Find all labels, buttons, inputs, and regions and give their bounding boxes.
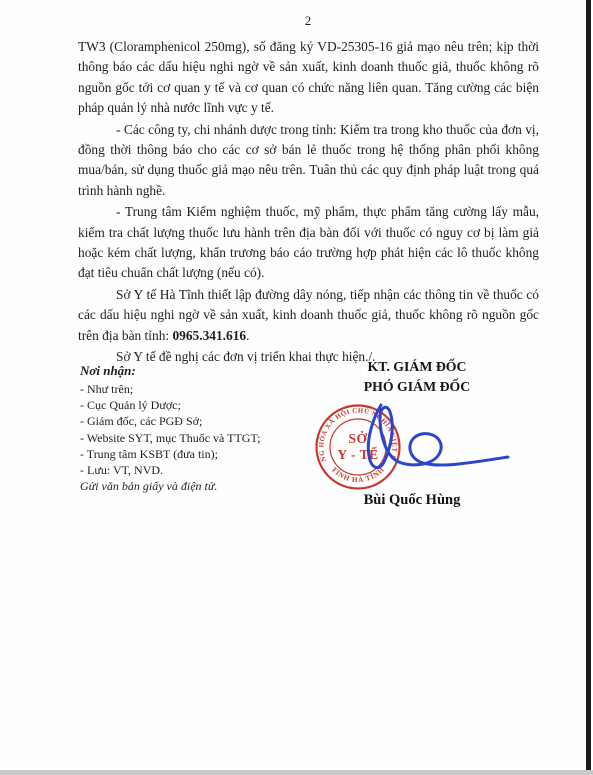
recipient-item: - Lưu: VT, NVD. [80, 462, 330, 478]
stamp-center-line2: Y - TẾ [337, 447, 378, 462]
paragraph: TW3 (Cloramphenicol 250mg), số đăng ký V… [78, 37, 539, 119]
paragraph: Sở Y tế Hà Tĩnh thiết lập đường dây nóng… [78, 285, 539, 346]
recipients-title: Nơi nhận: [80, 363, 330, 379]
signer-name: Bùi Quốc Hùng [332, 492, 492, 509]
paragraph-text: TW3 (Cloramphenicol 250mg), số đăng ký V… [78, 39, 539, 115]
paragraph: - Các công ty, chi nhánh dược trong tỉnh… [78, 120, 539, 202]
paragraph-text: - Trung tâm Kiểm nghiệm thuốc, mỹ phẩm, … [78, 204, 539, 280]
recipient-item: - Giám đốc, các PGĐ Sở; [80, 413, 330, 429]
stamp-center-line1: SỞ [348, 431, 367, 446]
recipient-item: - Như trên; [80, 381, 330, 397]
recipients-block: Nơi nhận: - Như trên; - Cục Quản lý Dược… [80, 363, 330, 494]
recipient-item: - Cục Quản lý Dược; [80, 397, 330, 413]
hotline-phone-number: 0965.341.616 [172, 328, 246, 343]
signer-position-line2: PHÓ GIÁM ĐỐC [337, 377, 497, 397]
red-seal-icon: CỘNG HÒA XÃ HỘI CHỦ NGHĨA VIỆT NAM • TỈN… [312, 400, 400, 489]
paragraph-text: . [246, 328, 249, 343]
paragraph-text: - Các công ty, chi nhánh dược trong tỉnh… [78, 122, 539, 198]
recipients-note: Gửi văn bản giấy và điện tử. [80, 478, 330, 494]
paragraph-text: Sở Y tế Hà Tĩnh thiết lập đường dây nóng… [78, 287, 539, 343]
document-page: 2 TW3 (Cloramphenicol 250mg), số đăng ký… [0, 0, 593, 775]
page-number: 2 [78, 13, 538, 29]
document-body: TW3 (Cloramphenicol 250mg), số đăng ký V… [78, 37, 539, 369]
scan-bottom-edge [0, 770, 593, 775]
recipient-item: - Website SYT, mục Thuốc và TTGT; [80, 430, 330, 446]
signer-position-line1: KT. GIÁM ĐỐC [337, 357, 497, 377]
signature-title-block: KT. GIÁM ĐỐC PHÓ GIÁM ĐỐC [337, 357, 497, 396]
official-stamp-and-signature: CỘNG HÒA XÃ HỘI CHỦ NGHĨA VIỆT NAM • TỈN… [312, 400, 512, 496]
paragraph: - Trung tâm Kiểm nghiệm thuốc, mỹ phẩm, … [78, 202, 539, 284]
recipient-item: - Trung tâm KSBT (đưa tin); [80, 446, 330, 462]
